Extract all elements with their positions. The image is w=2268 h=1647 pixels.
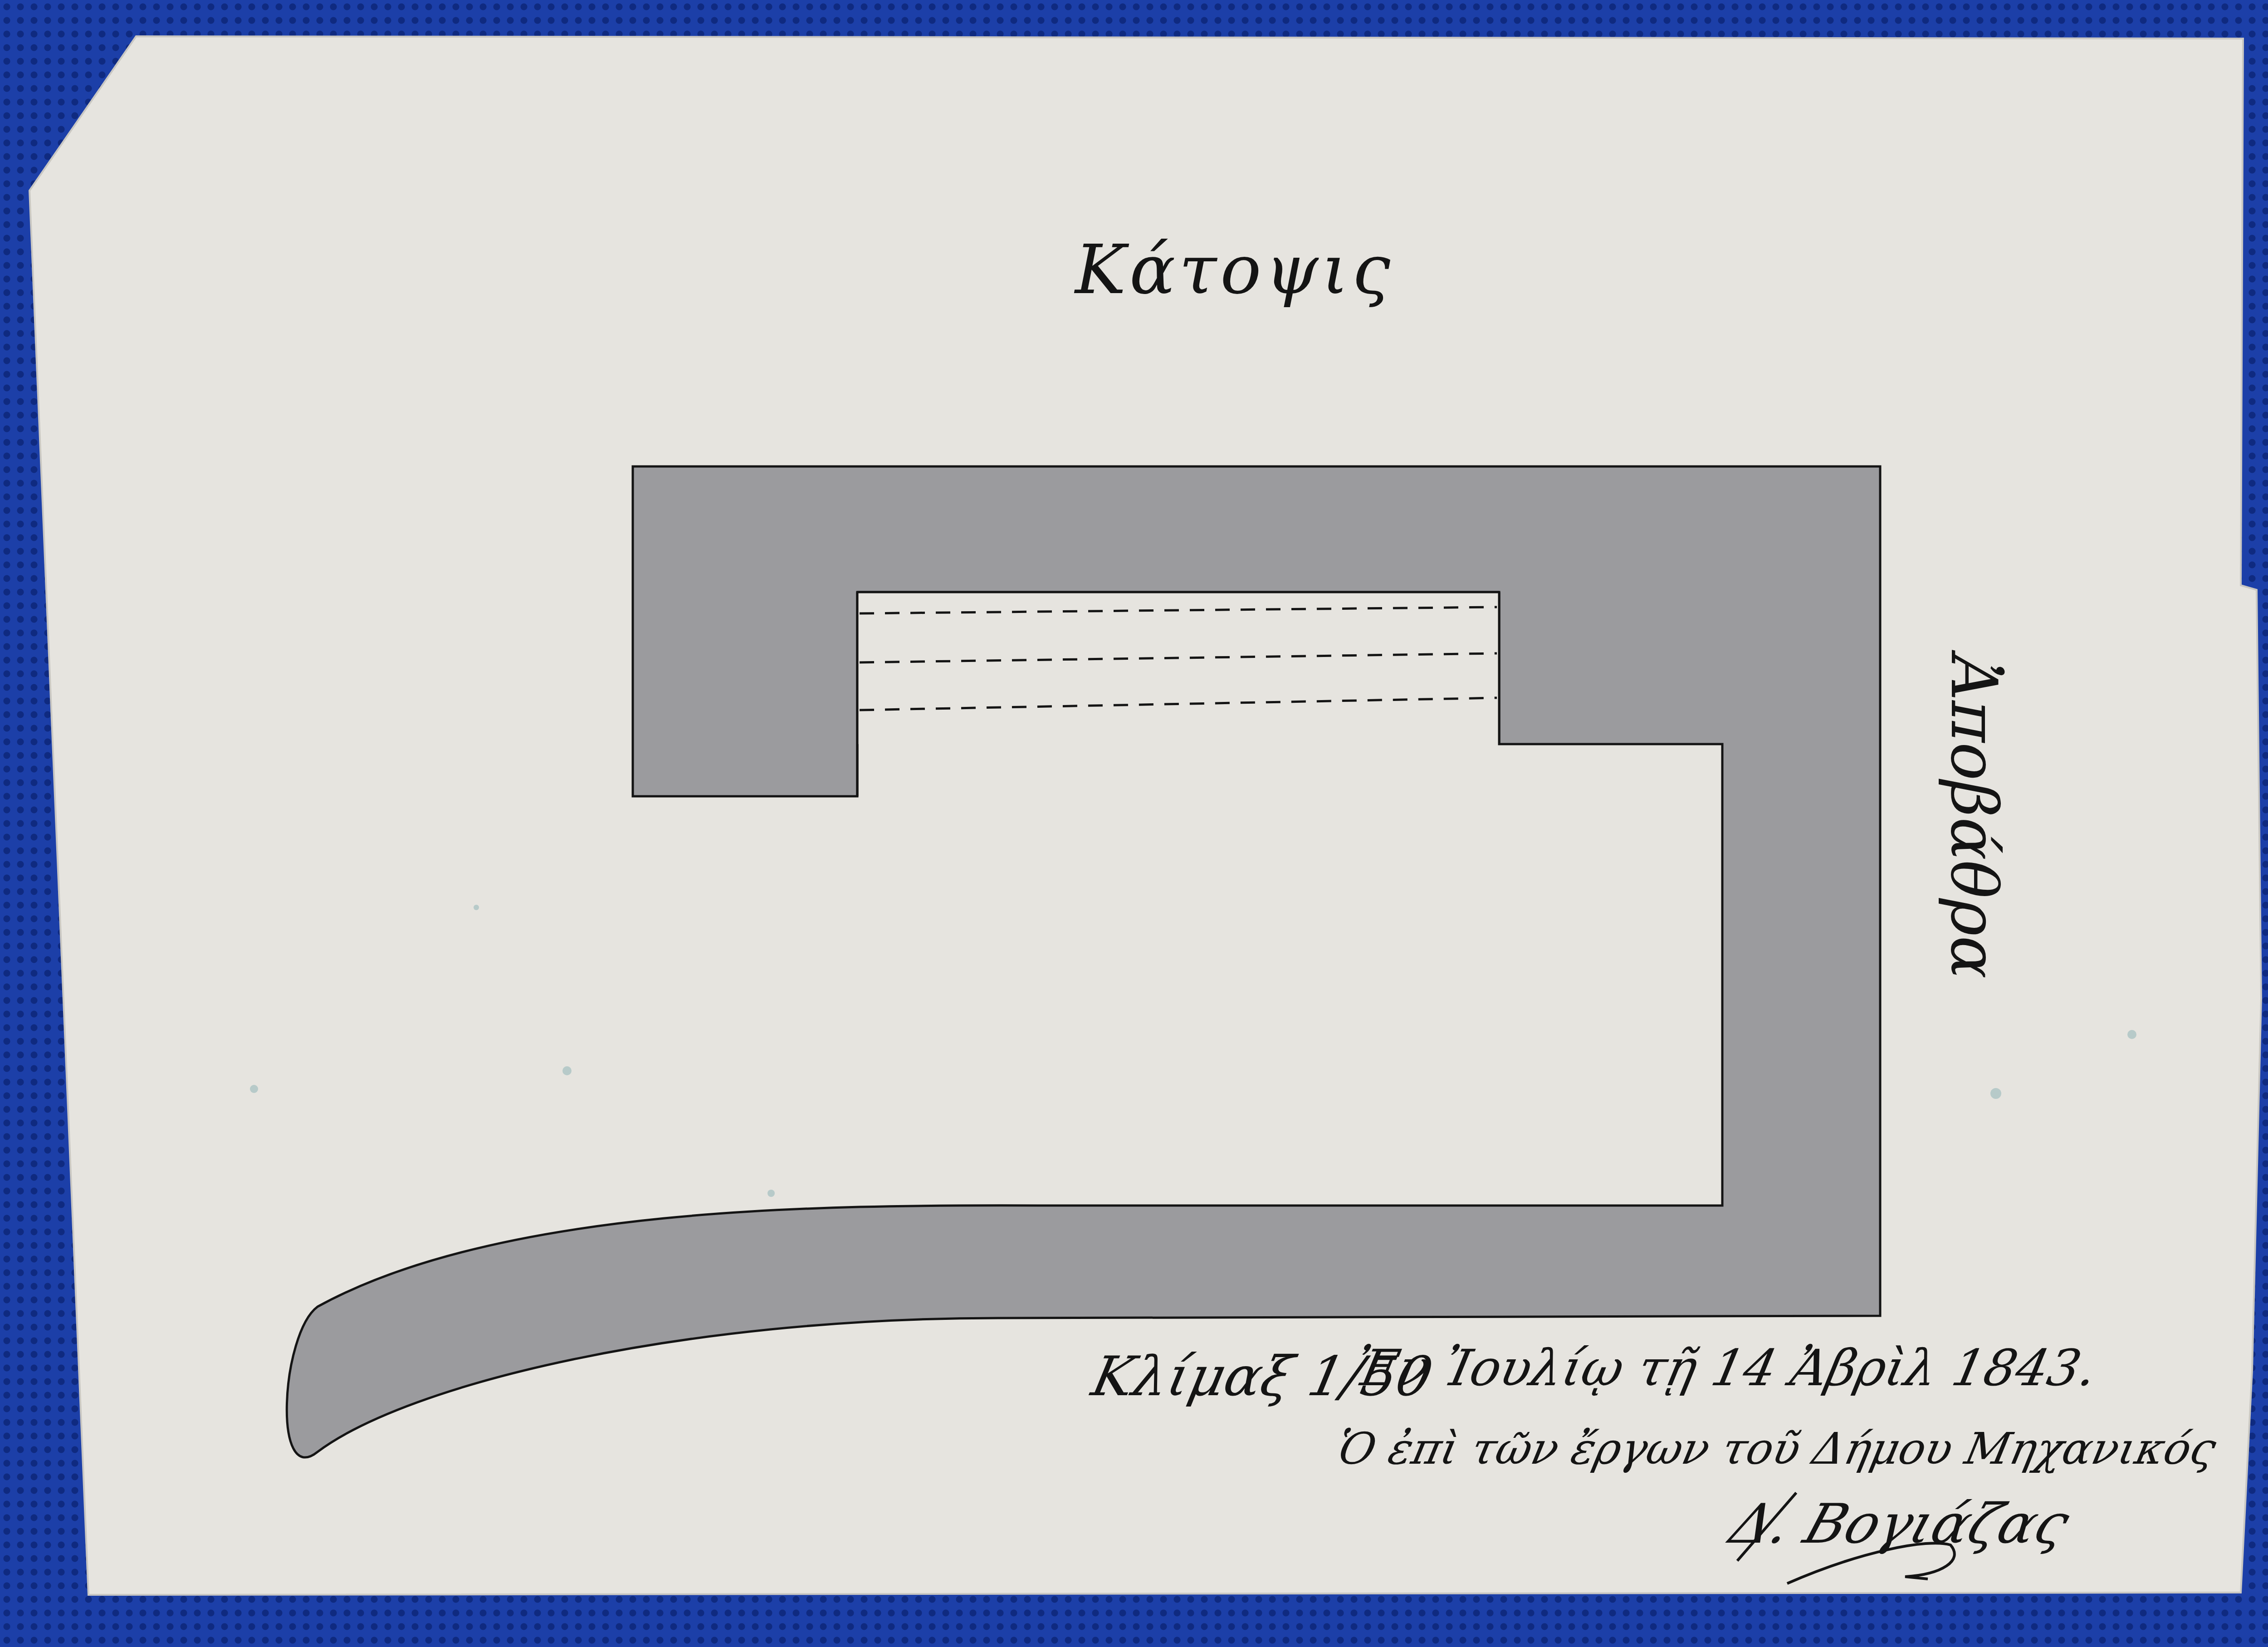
plan-title: Κάτοψις bbox=[1075, 236, 1394, 304]
date-line: Ἐν Ἰουλίῳ τῇ 14 Ἀβρὶλ 1843. bbox=[1351, 1343, 2101, 1393]
pier-label: Ἀποβάθρα bbox=[1941, 653, 2005, 980]
engineer-role-line: Ὁ ἐπὶ τῶν ἔργων τοῦ Δήμου Μηχανικός bbox=[1334, 1427, 2220, 1471]
signature: Δ. Βογιάζας bbox=[1724, 1497, 2076, 1552]
scan-stage: Κάτοψις Ἀποβάθρα Κλίμαξ 1/50 Ἐν Ἰουλίῳ τ… bbox=[0, 0, 2268, 1647]
